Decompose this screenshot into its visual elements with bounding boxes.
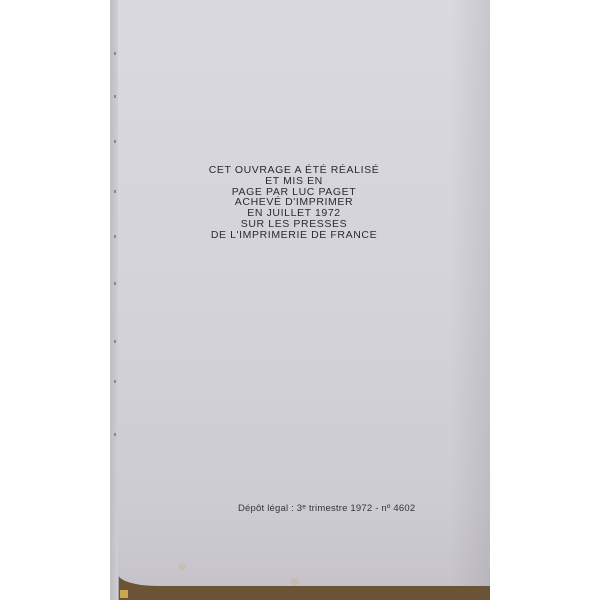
colophon-line: ET MIS EN bbox=[110, 176, 480, 187]
cover-corner bbox=[120, 590, 128, 598]
colophon-line: DE L'IMPRIMERIE DE FRANCE bbox=[110, 230, 480, 241]
colophon-text: CET OUVRAGE A ÉTÉ RÉALISÉ ET MIS EN PAGE… bbox=[110, 165, 480, 241]
legal-deposit-note: Dépôt légal : 3ᵉ trimestre 1972 - nº 460… bbox=[238, 503, 415, 514]
book-page: CET OUVRAGE A ÉTÉ RÉALISÉ ET MIS EN PAGE… bbox=[118, 0, 490, 586]
book-photo: CET OUVRAGE A ÉTÉ RÉALISÉ ET MIS EN PAGE… bbox=[110, 0, 490, 600]
